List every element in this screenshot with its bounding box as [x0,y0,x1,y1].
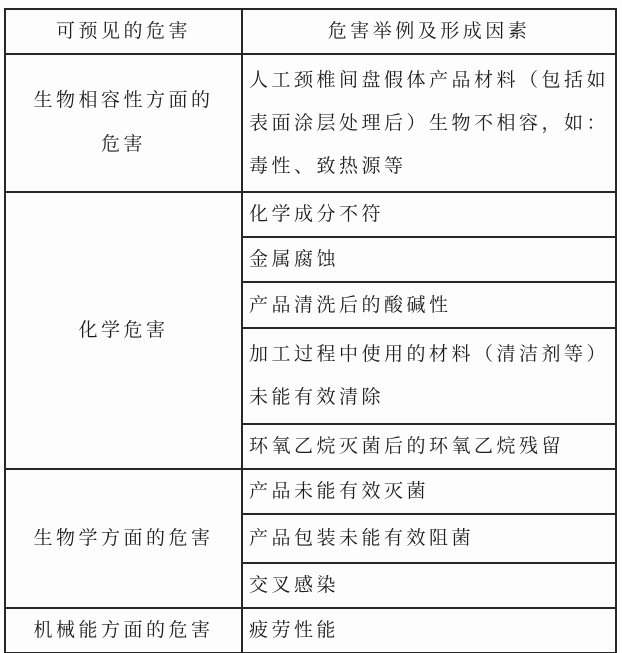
hazard-example-cell-eto-residue: 环氧乙烷灭菌后的环氧乙烷残留 [242,424,616,469]
hazard-example-cell-fatigue-performance: 疲劳性能 [242,608,616,653]
hazard-category-cell-mechanical: 机械能方面的危害 [5,608,242,653]
hazard-category-cell-biocompatibility: 生物相容性方面的 危害 [5,54,242,192]
hazard-category-line: 生物相容性方面的 [12,79,235,123]
hazard-example-cell-acidity-after-cleaning: 产品清洗后的酸碱性 [242,282,616,328]
header-cell-foreseeable-hazard: 可预见的危害 [5,9,242,54]
hazard-analysis-table: 可预见的危害 危害举例及形成因素 生物相容性方面的 危害 人工颈椎间盘假体产品材… [4,8,617,653]
hazard-example-cell-packaging-barrier-failure: 产品包装未能有效阻菌 [242,514,616,563]
table-row-mechanical: 机械能方面的危害 疲劳性能 [5,608,616,653]
hazard-example-cell-chemical-composition: 化学成分不符 [242,192,616,237]
hazard-example-cell-biocompatibility: 人工颈椎间盘假体产品材料（包括如表面涂层处理后）生物不相容，如：毒性、致热源等 [242,54,616,192]
table-row-biological: 生物学方面的危害 产品未能有效灭菌 [5,469,616,514]
hazard-example-cell-sterilization-failure: 产品未能有效灭菌 [242,469,616,514]
header-cell-hazard-examples: 危害举例及形成因素 [242,9,616,54]
table-header-row: 可预见的危害 危害举例及形成因素 [5,9,616,54]
table-row-biocompatibility: 生物相容性方面的 危害 人工颈椎间盘假体产品材料（包括如表面涂层处理后）生物不相… [5,54,616,192]
document-page: 可预见的危害 危害举例及形成因素 生物相容性方面的 危害 人工颈椎间盘假体产品材… [0,0,622,653]
hazard-example-cell-processing-materials: 加工过程中使用的材料（清洁剂等）未能有效清除 [242,328,616,424]
table-row-chemical: 化学危害 化学成分不符 [5,192,616,237]
hazard-category-line: 危害 [12,123,235,167]
hazard-example-cell-cross-infection: 交叉感染 [242,563,616,608]
hazard-category-cell-chemical: 化学危害 [5,192,242,469]
hazard-category-cell-biological: 生物学方面的危害 [5,469,242,608]
hazard-example-cell-metal-corrosion: 金属腐蚀 [242,237,616,282]
